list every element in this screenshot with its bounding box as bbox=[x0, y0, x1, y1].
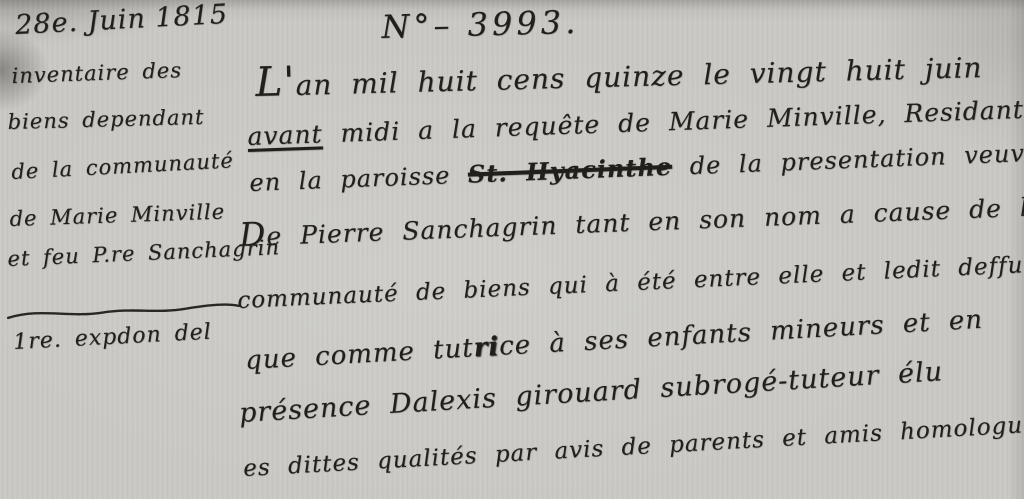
body-line-5: communauté de biens qui à été entre elle… bbox=[237, 251, 1024, 314]
margin-note-3: de la communauté bbox=[11, 148, 235, 184]
margin-note-2: biens dependant bbox=[7, 105, 204, 134]
body-line-2-text: midi a la requête de Marie Minville, Res… bbox=[322, 94, 1024, 148]
body-line-8: es dittes qualités par avis de parents e… bbox=[243, 412, 1024, 482]
struck-out-text: St. Hyacinthe bbox=[467, 152, 672, 189]
margin-filing-note: 1re. expdon del bbox=[13, 320, 213, 355]
margin-note-4: de Marie Minville bbox=[9, 199, 225, 231]
body-line-6-post: ce à ses enfants mineurs et en bbox=[498, 305, 983, 362]
record-number: N°– 3993. bbox=[381, 3, 580, 46]
document-page: 28e. Juin 1815 N°– 3993. inventaire des … bbox=[0, 0, 1024, 499]
body-line-3-post: de la presentation veuve bbox=[672, 139, 1024, 181]
margin-note-1: inventaire des bbox=[11, 58, 182, 88]
body-line-1: L'an mil huit cens quinze le vingt huit … bbox=[255, 39, 983, 106]
margin-date: 28e. Juin 1815 bbox=[14, 0, 228, 41]
underlined-word: avant bbox=[247, 119, 323, 151]
body-line-6-pre: que comme tut bbox=[244, 333, 474, 376]
body-line-4: De Pierre Sanchagrin tant en son nom a c… bbox=[239, 185, 1024, 254]
overwritten-correction: ri bbox=[473, 332, 500, 363]
body-line-3-pre: en la paroisse bbox=[249, 161, 469, 197]
